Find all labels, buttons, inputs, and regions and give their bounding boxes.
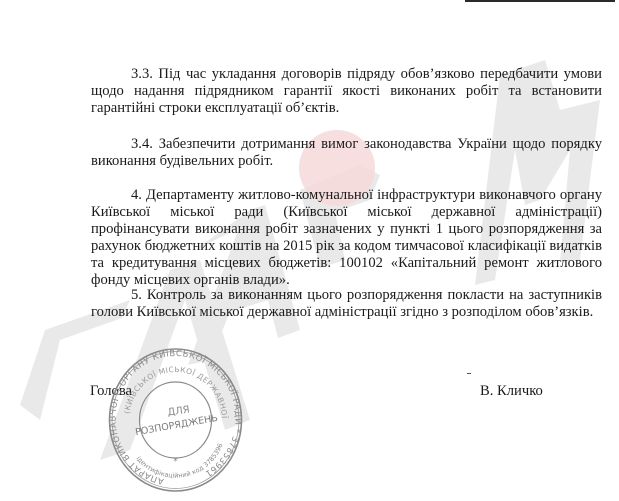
stamp-seal-icon: АПАРАТ ВИКОНАВЧОГО ОРГАНУ КИЇВСЬКОЇ МІСЬ… <box>107 346 244 494</box>
paragraph-3-4: 3.4. Забезпечити дотримання вимог законо… <box>91 136 602 170</box>
stamp-center-line1: ДЛЯ <box>167 405 191 419</box>
paragraph-5: 5. Контроль за виконанням цього розпоряд… <box>91 287 602 321</box>
paragraph-5-text: 5. Контроль за виконанням цього розпоряд… <box>91 287 602 320</box>
paragraph-4: 4. Департаменту житлово-комунальної інфр… <box>91 187 602 289</box>
stamp-star: * <box>173 457 178 467</box>
document-page: 3.3. Під час укладання договорів підряду… <box>0 0 619 501</box>
paragraph-3-4-text: 3.4. Забезпечити дотримання вимог законо… <box>91 136 602 169</box>
paragraph-3-3-text: 3.3. Під час укладання договорів підряду… <box>91 66 602 116</box>
signature-name: В. Кличко <box>480 383 543 400</box>
paragraph-4-text: 4. Департаменту житлово-комунальної інфр… <box>91 187 602 288</box>
official-stamp: АПАРАТ ВИКОНАВЧОГО ОРГАНУ КИЇВСЬКОЇ МІСЬ… <box>107 346 244 494</box>
signature-mark <box>467 373 471 374</box>
paragraph-3-3: 3.3. Під час укладання договорів підряду… <box>91 66 602 117</box>
